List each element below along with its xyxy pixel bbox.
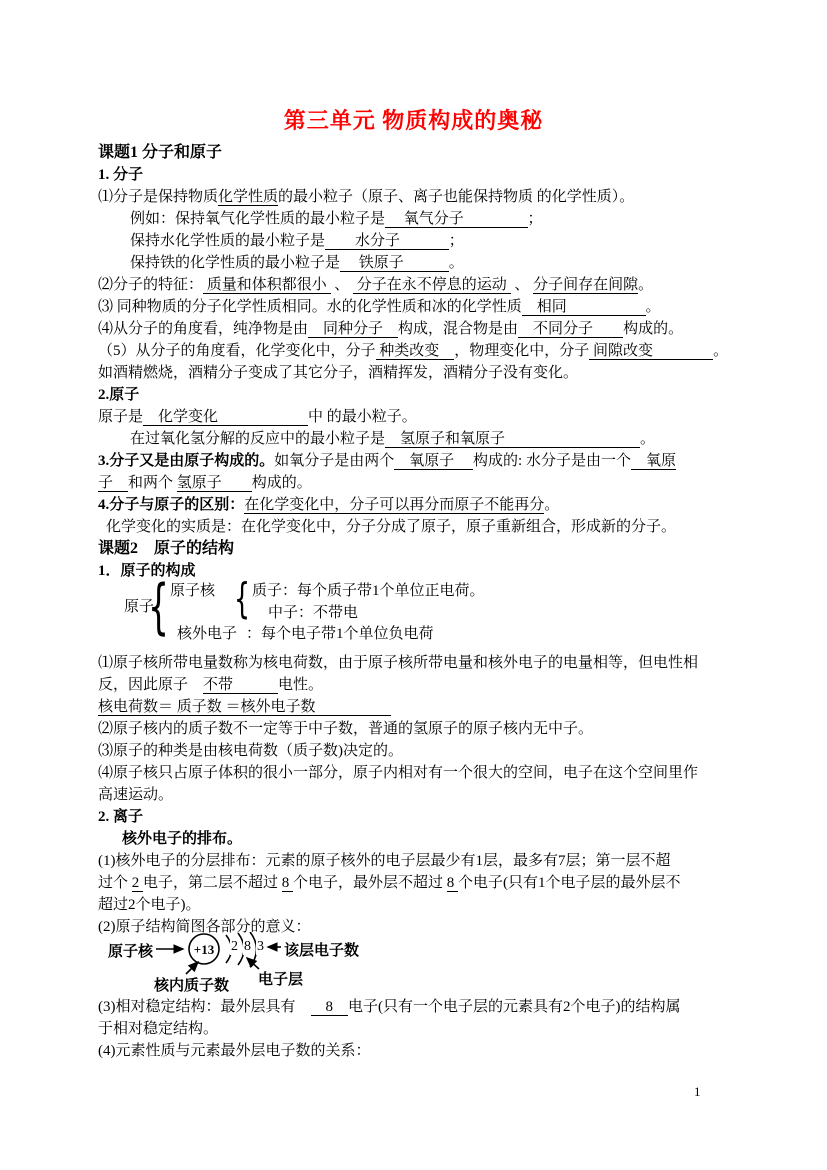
doc-line: 原子是 化学变化 中 的最小粒子。 bbox=[98, 406, 742, 428]
blank-answer: 8 bbox=[447, 875, 458, 892]
doc-line: ⑶ 同种物质的分子化学性质相同。水的化学性质和冰的化学性质 相同 。 bbox=[98, 296, 742, 318]
text-run: ⑵原子核内的质子数不一定等于中子数，普通的氢原子的原子核内无中子。 bbox=[98, 721, 593, 737]
text-run: 构成，混合物是由 bbox=[398, 321, 518, 337]
text-run: ，物理变化中，分子 bbox=[454, 343, 589, 359]
doc-line: 高速运动。 bbox=[98, 784, 742, 806]
document-section-molecules: 课题1 分子和原子1. 分子⑴分子是保持物质化学性质的最小粒子（原子、离子也能保… bbox=[98, 142, 742, 582]
blank-answer: 核电荷数＝ 质子数 ＝核外电子数 bbox=[98, 699, 391, 716]
blank-answer: 铁原子 bbox=[340, 255, 449, 272]
blank-answer: 化学变化 bbox=[143, 409, 308, 426]
atomic-structure-schematic: +13 原子核 2 8 3 该层电子数 电子层 核内质子数 bbox=[98, 932, 742, 996]
doc-line: 例如：保持氧气化学性质的最小粒子是 氧气分子 ； bbox=[98, 208, 742, 230]
electron-count-3: 3 bbox=[256, 939, 265, 955]
document-section-stable-structure: (3)相对稳定结构：最外层具有 8 电子(只有一个电子层的元素具有2个电子)的结… bbox=[98, 996, 742, 1062]
blank-answer: 相同 bbox=[522, 299, 646, 316]
doc-line: 2. 离子 bbox=[98, 806, 742, 828]
text-run: 。 bbox=[640, 431, 655, 447]
page-number: 1 bbox=[694, 1084, 701, 1100]
blank-answer: 同种分子 bbox=[308, 321, 398, 338]
text-run: ⑶ 同种物质的分子化学性质相同。水的化学性质和冰的化学性质 bbox=[98, 299, 522, 315]
doc-line: 核电荷数＝ 质子数 ＝核外电子数 bbox=[98, 696, 742, 718]
brace-outer-electron-label: 核外电子 bbox=[177, 622, 237, 643]
doc-line: 化学变化的实质是：在化学变化中，分子分成了原子，原子重新组合，形成新的分子。 bbox=[98, 516, 742, 538]
blank-answer: 分子在永不停息的运动 bbox=[353, 277, 511, 294]
text-run: 如氧分子是由两个 bbox=[274, 453, 394, 469]
doc-line: 子 和两个 氢原子 构成的。 bbox=[98, 472, 742, 494]
blank-answer: 8 bbox=[282, 875, 293, 892]
text-run: 于相对稳定结构。 bbox=[98, 1021, 218, 1037]
document-page: 第三单元 物质构成的奥秘 课题1 分子和原子1. 分子⑴分子是保持物质化学性质的… bbox=[0, 0, 827, 1170]
text-run: 1. 分子 bbox=[98, 167, 143, 183]
text-run: 。 bbox=[713, 343, 728, 359]
text-run: 。 bbox=[638, 277, 653, 293]
blank-answer: 氢原子 bbox=[177, 475, 252, 492]
text-run: ⑷原子核只占原子体积的很小一部分，原子内相对有一个很大的空间，电子在这个空间里作 bbox=[98, 765, 698, 781]
text-run: 。 bbox=[449, 255, 464, 271]
left-brace-outer: { bbox=[148, 575, 169, 639]
doc-line: ⑵分子的特征： 质量和体积都很小 、 分子在永不停息的运动 、 分子间存在间隙。 bbox=[98, 274, 742, 296]
doc-line: (1)核外电子的分层排布：元素的原子核外的电子层最少有1层，最多有7层；第一层不… bbox=[98, 850, 742, 872]
text-run: ⑴分子是保持物质 bbox=[98, 189, 218, 205]
brace-neutron-text: 中子：不带电 bbox=[268, 601, 358, 622]
doc-line: 超过2个电子)。 bbox=[98, 894, 742, 916]
proton-count-label: 核内质子数 bbox=[154, 974, 229, 995]
electron-count-1: 2 bbox=[230, 939, 239, 955]
doc-line: 课题2 原子的结构 bbox=[98, 538, 742, 560]
text-run: 2. 离子 bbox=[98, 809, 143, 825]
text-run: 保持铁的化学性质的最小粒子是 bbox=[130, 255, 340, 271]
text-run: 的最小粒子（原子、离子也能保持物质 的化学性质）。 bbox=[278, 189, 634, 205]
doc-line: (4)元素性质与元素最外层电子数的关系： bbox=[98, 1040, 742, 1062]
document-section-atom-structure: ⑴原子核所带电量数称为核电荷数，由于原子核所带电量和核外电子的电量相等，但电性相… bbox=[98, 652, 742, 938]
blank-answer: 8 bbox=[311, 999, 349, 1016]
brace-nucleus-label: 原子核 bbox=[170, 579, 215, 600]
nucleus-label: 原子核 bbox=[108, 940, 153, 961]
doc-line: ⑴分子是保持物质化学性质的最小粒子（原子、离子也能保持物质 的化学性质）。 bbox=[98, 186, 742, 208]
text-run: 电性。 bbox=[278, 677, 323, 693]
text-run: 保持水化学性质的最小粒子是 bbox=[130, 233, 325, 249]
doc-line: 4.分子与原子的区别：在化学变化中，分子可以再分而原子不能再分。 bbox=[98, 494, 742, 516]
blank-answer: 氧气分子 bbox=[385, 211, 528, 228]
blank-answer: 种类改变 bbox=[376, 343, 455, 360]
doc-line: 课题1 分子和原子 bbox=[98, 142, 742, 164]
left-brace-inner: { bbox=[234, 576, 250, 622]
blank-answer: 水分子 bbox=[325, 233, 449, 250]
text-run: 原子是 bbox=[98, 409, 143, 425]
blank-answer: 氢原子和氧原子 bbox=[385, 431, 640, 448]
blank-answer: 间隙改变 bbox=[589, 343, 713, 360]
text-run: 在过氧化氢分解的反应中的最小粒子是 bbox=[130, 431, 385, 447]
text-run: 和两个 bbox=[128, 475, 177, 491]
text-run: 个电子，最外层不超过 bbox=[293, 875, 447, 891]
doc-line: ⑵原子核内的质子数不一定等于中子数，普通的氢原子的原子核内无中子。 bbox=[98, 718, 742, 740]
text-run: 如酒精燃烧，酒精分子变成了其它分子，酒精挥发，酒精分子没有变化。 bbox=[98, 365, 578, 381]
page-title: 第三单元 物质构成的奥秘 bbox=[0, 104, 827, 135]
doc-line: (3)相对稳定结构：最外层具有 8 电子(只有一个电子层的元素具有2个电子)的结… bbox=[98, 996, 742, 1018]
text-run: 中 的最小粒子。 bbox=[308, 409, 417, 425]
text-run: 反，因此原子 bbox=[98, 677, 203, 693]
blank-answer: 不同分子 bbox=[518, 321, 623, 338]
text-run: (3)相对稳定结构：最外层具有 bbox=[98, 999, 311, 1015]
blank-answer: 在化学变化中，分子可以再分而原子不能再分 bbox=[244, 497, 544, 514]
blank-answer: 2 bbox=[132, 875, 143, 892]
blank-answer: 氧原 bbox=[631, 453, 676, 470]
doc-line: 反，因此原子 不带 电性。 bbox=[98, 674, 742, 696]
doc-line: 在过氧化氢分解的反应中的最小粒子是 氢原子和氧原子 。 bbox=[98, 428, 742, 450]
doc-line: 2.原子 bbox=[98, 384, 742, 406]
proton-count-arrow bbox=[186, 962, 198, 974]
text-run: 、 bbox=[511, 277, 534, 293]
text-run: 课题1 分子和原子 bbox=[98, 144, 222, 161]
text-run: ⑶原子的种类是由核电荷数（质子数)决定的。 bbox=[98, 743, 403, 759]
blank-answer: 子 bbox=[98, 475, 128, 492]
doc-line: 如酒精燃烧，酒精分子变成了其它分子，酒精挥发，酒精分子没有变化。 bbox=[98, 362, 742, 384]
doc-line: 3.分子又是由原子构成的。如氧分子是由两个 氧原子 构成的: 水分子是由一个 氧… bbox=[98, 450, 742, 472]
text-run: 核外电子的排布。 bbox=[122, 831, 242, 847]
text-run: ⑵分子的特征： bbox=[98, 277, 203, 293]
text-run: 课题2 原子的结构 bbox=[98, 540, 234, 557]
doc-line: 保持铁的化学性质的最小粒子是 铁原子 。 bbox=[98, 252, 742, 274]
brace-outer-electron-desc: ：每个电子带1个单位负电荷 bbox=[246, 622, 434, 643]
text-run: 构成的。 bbox=[252, 475, 312, 491]
doc-line: 过个 2 电子，第二层不超过 8 个电子，最外层不超过 8 个电子(只有1个电子… bbox=[98, 872, 742, 894]
blank-answer: 化学性质 bbox=[218, 189, 278, 206]
text-run: 电子，第二层不超过 bbox=[143, 875, 282, 891]
blank-answer: 不带 bbox=[203, 677, 278, 694]
blank-answer: 质量和体积都很小 bbox=[203, 277, 331, 294]
doc-line: 保持水化学性质的最小粒子是 水分子 ； bbox=[98, 230, 742, 252]
text-run: 。 bbox=[544, 497, 559, 513]
text-run: 超过2个电子)。 bbox=[98, 897, 201, 913]
text-run: 构成的: 水分子是由一个 bbox=[473, 453, 631, 469]
text-run: 2.原子 bbox=[98, 387, 139, 403]
doc-line: ⑷从分子的角度看，纯净物是由 同种分子 构成，混合物是由 不同分子 构成的。 bbox=[98, 318, 742, 340]
doc-line: ⑶原子的种类是由核电荷数（质子数)决定的。 bbox=[98, 740, 742, 762]
blank-answer: 氧原子 bbox=[394, 453, 473, 470]
text-run: 构成的。 bbox=[623, 321, 683, 337]
text-run: 3.分子又是由原子构成的。 bbox=[98, 453, 274, 469]
doc-line: ⑴原子核所带电量数称为核电荷数，由于原子核所带电量和核外电子的电量相等，但电性相 bbox=[98, 652, 742, 674]
doc-line: 核外电子的排布。 bbox=[98, 828, 742, 850]
text-run: 4.分子与原子的区别： bbox=[98, 497, 244, 513]
doc-line: ⑷原子核只占原子体积的很小一部分，原子内相对有一个很大的空间，电子在这个空间里作 bbox=[98, 762, 742, 784]
electron-shell-label: 电子层 bbox=[258, 968, 303, 989]
atom-composition-diagram: 原子 { 原子核 { 质子：每个质子带1个单位正电荷。 中子：不带电 核外电子 … bbox=[98, 578, 742, 648]
electron-count-2: 8 bbox=[243, 939, 252, 955]
doc-line: （5）从分子的角度看，化学变化中，分子 种类改变 ，物理变化中，分子 间隙改变 … bbox=[98, 340, 742, 362]
text-run: (4)元素性质与元素最外层电子数的关系： bbox=[98, 1043, 371, 1059]
text-run: 例如：保持氧气化学性质的最小粒子是 bbox=[130, 211, 385, 227]
text-run: 。 bbox=[646, 299, 661, 315]
layer-electron-count-label: 该层电子数 bbox=[284, 939, 359, 960]
doc-line: 于相对稳定结构。 bbox=[98, 1018, 742, 1040]
blank-answer: 分子间存在间隙 bbox=[533, 277, 638, 294]
text-run: ⑴原子核所带电量数称为核电荷数，由于原子核所带电量和核外电子的电量相等，但电性相 bbox=[98, 655, 698, 671]
brace-proton-text: 质子：每个质子带1个单位正电荷。 bbox=[252, 579, 485, 600]
text-run: 电子(只有一个电子层的元素具有2个电子)的结构属 bbox=[348, 999, 681, 1015]
text-run: 过个 bbox=[98, 875, 132, 891]
text-run: ； bbox=[528, 211, 543, 227]
nucleus-charge-text: +13 bbox=[194, 942, 215, 957]
doc-line: 1. 分子 bbox=[98, 164, 742, 186]
text-run: 高速运动。 bbox=[98, 787, 173, 803]
text-run: ⑷从分子的角度看，纯净物是由 bbox=[98, 321, 308, 337]
text-run: (1)核外电子的分层排布：元素的原子核外的电子层最少有1层，最多有7层；第一层不… bbox=[98, 853, 671, 869]
text-run: （5）从分子的角度看，化学变化中，分子 bbox=[98, 343, 376, 359]
text-run: ； bbox=[449, 233, 464, 249]
text-run: 个电子(只有1个电子层的最外层不 bbox=[458, 875, 681, 891]
text-run: 、 bbox=[331, 277, 354, 293]
text-run: 化学变化的实质是：在化学变化中，分子分成了原子，原子重新组合，形成新的分子。 bbox=[106, 519, 676, 535]
text-run: 1．原子的构成 bbox=[98, 563, 196, 579]
